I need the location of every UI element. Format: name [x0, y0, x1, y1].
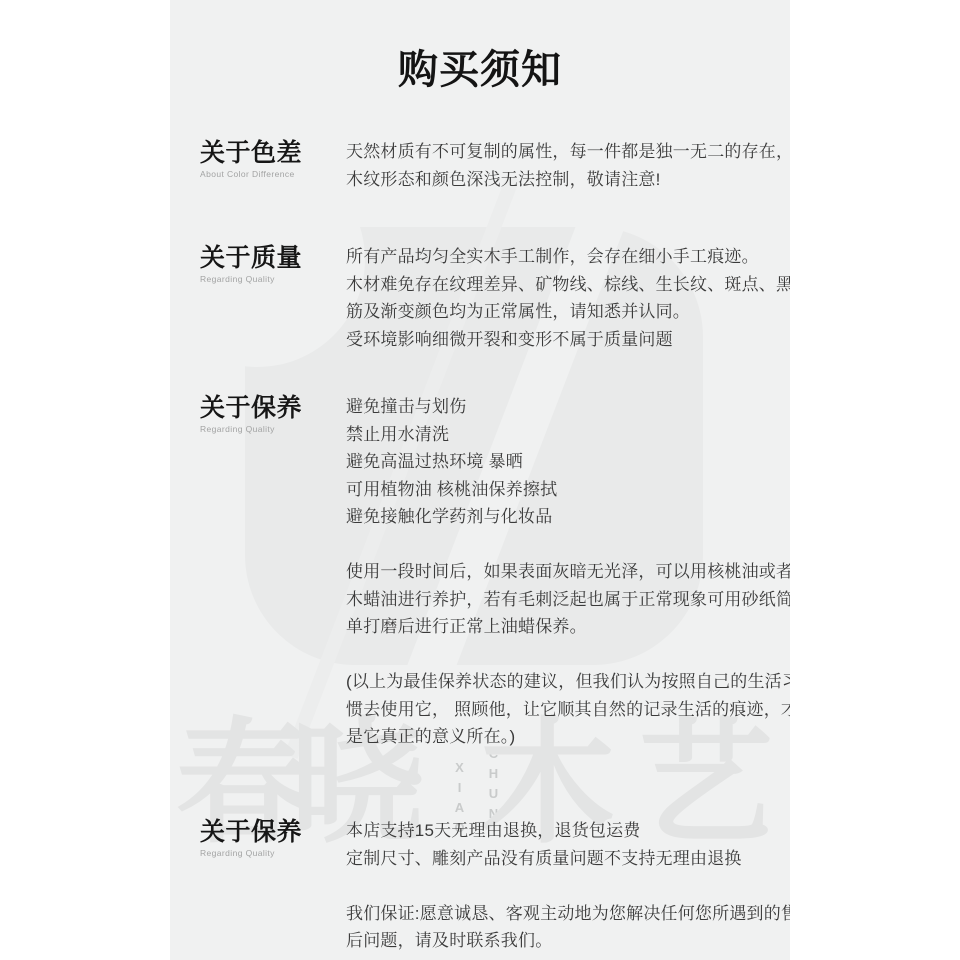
body-line: 使用一段时间后，如果表面灰暗无光泽，可以用核桃油或者 [346, 558, 786, 586]
body-line: 禁止用水清洗 [346, 421, 786, 449]
section-header: 关于保养 Regarding Quality [200, 396, 350, 434]
body-line: (以上为最佳保养状态的建议，但我们认为按照自己的生活习 [346, 668, 786, 696]
purchase-notice-page: { "page": { "title": "购买须知", "colors": {… [0, 0, 960, 960]
body-line: 筋及渐变颜色均为正常属性，请知悉并认同。 [346, 298, 786, 326]
paragraph: 天然材质有不可复制的属性，每一件都是独一无二的存在， 木纹形态和颜色深浅无法控制… [346, 138, 786, 193]
body-line: 定制尺寸、雕刻产品没有质量问题不支持无理由退换 [346, 845, 786, 873]
paragraph: 本店支持15天无理由退换，退货包运费 定制尺寸、雕刻产品没有质量问题不支持无理由… [346, 817, 786, 872]
section-body: 本店支持15天无理由退换，退货包运费 定制尺寸、雕刻产品没有质量问题不支持无理由… [346, 817, 786, 955]
body-line: 避免撞击与划伤 [346, 393, 786, 421]
section-body: 避免撞击与划伤 禁止用水清洗 避免高温过热环境 暴晒 可用植物油 核桃油保养擦拭… [346, 393, 786, 751]
section-subheading-en: Regarding Quality [200, 848, 350, 858]
body-line: 是它真正的意义所在。) [346, 723, 786, 751]
section-heading: 关于保养 [200, 820, 350, 845]
section-header: 关于质量 Regarding Quality [200, 246, 350, 284]
body-line: 木材难免存在纹理差异、矿物线、棕线、生长纹、斑点、黑 [346, 271, 786, 299]
body-line: 后问题，请及时联系我们。 [346, 927, 786, 955]
section-body: 所有产品均匀全实木手工制作，会存在细小手工痕迹。 木材难免存在纹理差异、矿物线、… [346, 243, 786, 353]
paragraph: (以上为最佳保养状态的建议，但我们认为按照自己的生活习 惯去使用它， 照顾他，让… [346, 668, 786, 751]
paragraph: 使用一段时间后，如果表面灰暗无光泽，可以用核桃油或者 木蜡油进行养护，若有毛刺泛… [346, 558, 786, 641]
body-line: 所有产品均匀全实木手工制作，会存在细小手工痕迹。 [346, 243, 786, 271]
section-header: 关于色差 About Color Difference [200, 141, 350, 179]
page-title: 购买须知 [170, 50, 790, 90]
paragraph: 我们保证:愿意诚恳、客观主动地为您解决任何您所遇到的售 后问题，请及时联系我们。 [346, 900, 786, 955]
section-header: 关于保养 Regarding Quality [200, 820, 350, 858]
body-line: 单打磨后进行正常上油蜡保养。 [346, 613, 786, 641]
body-line: 可用植物油 核桃油保养擦拭 [346, 476, 786, 504]
body-line: 受环境影响细微开裂和变形不属于质量问题 [346, 326, 786, 354]
paragraph: 避免撞击与划伤 禁止用水清洗 避免高温过热环境 暴晒 可用植物油 核桃油保养擦拭… [346, 393, 786, 531]
section-subheading-en: Regarding Quality [200, 424, 350, 434]
section-heading: 关于色差 [200, 141, 350, 166]
section-heading: 关于质量 [200, 246, 350, 271]
content-layer: 购买须知 关于色差 About Color Difference 天然材质有不可… [170, 0, 790, 960]
content-panel: 春 晓 XIAO CHUN 木 艺 购买须知 关于色差 About Color … [170, 0, 790, 960]
section-heading: 关于保养 [200, 396, 350, 421]
body-line: 天然材质有不可复制的属性，每一件都是独一无二的存在， [346, 138, 786, 166]
section-subheading-en: Regarding Quality [200, 274, 350, 284]
body-line: 我们保证:愿意诚恳、客观主动地为您解决任何您所遇到的售 [346, 900, 786, 928]
body-line: 木蜡油进行养护，若有毛刺泛起也属于正常现象可用砂纸简 [346, 586, 786, 614]
body-line: 惯去使用它， 照顾他，让它顺其自然的记录生活的痕迹，才 [346, 696, 786, 724]
body-line: 本店支持15天无理由退换，退货包运费 [346, 817, 786, 845]
section-body: 天然材质有不可复制的属性，每一件都是独一无二的存在， 木纹形态和颜色深浅无法控制… [346, 138, 786, 193]
body-line: 避免高温过热环境 暴晒 [346, 448, 786, 476]
section-subheading-en: About Color Difference [200, 169, 350, 179]
body-line: 避免接触化学药剂与化妆品 [346, 503, 786, 531]
body-line: 木纹形态和颜色深浅无法控制，敬请注意! [346, 166, 786, 194]
paragraph: 所有产品均匀全实木手工制作，会存在细小手工痕迹。 木材难免存在纹理差异、矿物线、… [346, 243, 786, 353]
